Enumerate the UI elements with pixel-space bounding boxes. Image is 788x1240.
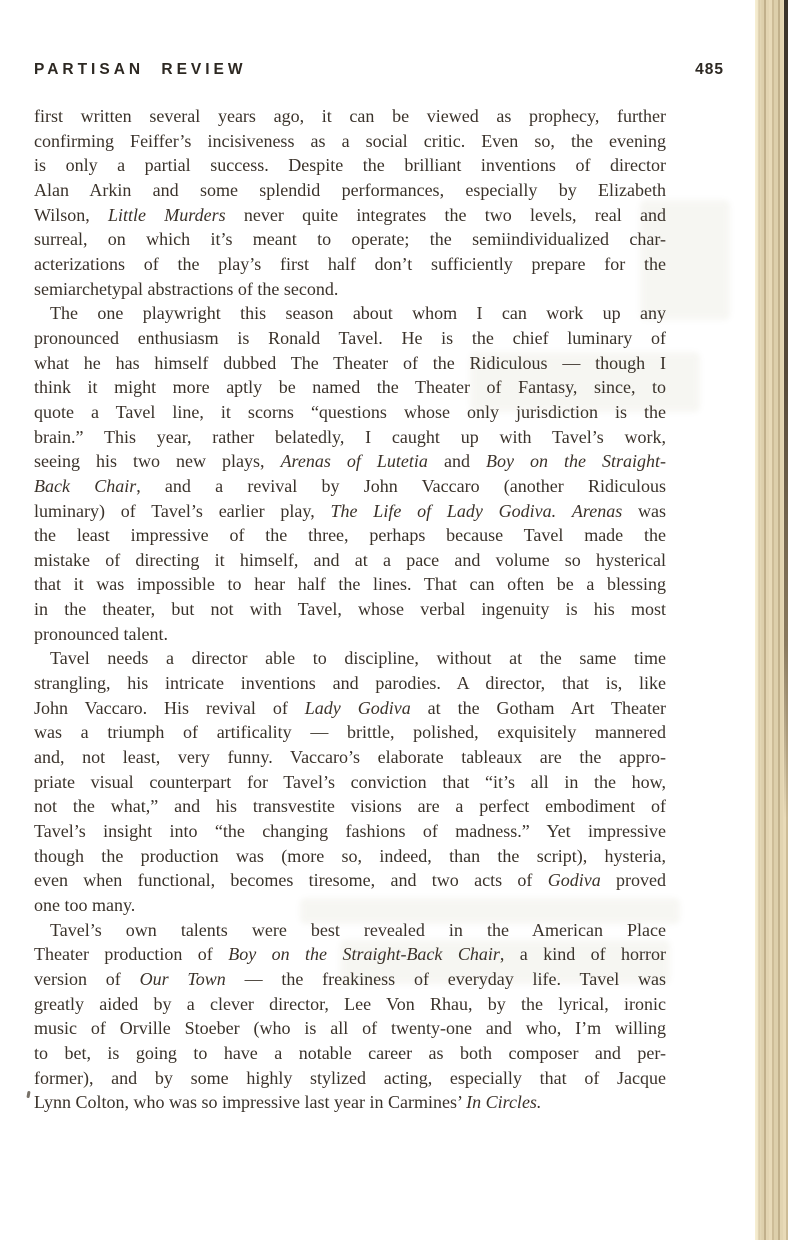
text-line: to bet, is going to have a notable caree… [34, 1041, 666, 1066]
text-line: brain.” This year, rather belatedly, I c… [34, 425, 666, 450]
text-segment: not the what,” and his transvestite visi… [34, 796, 666, 816]
text-segment: surreal, on which it’s meant to operate;… [34, 229, 666, 249]
text-line: seeing his two new plays, Arenas of Lute… [34, 449, 666, 474]
text-segment: acterizations of the play’s first half d… [34, 254, 666, 274]
text-segment: seeing his two new plays, [34, 451, 281, 471]
journal-title: PARTISAN REVIEW [34, 61, 247, 79]
italic-text: In Circles. [466, 1092, 541, 1112]
text-segment: pronounced talent. [34, 624, 168, 644]
text-line: acterizations of the play’s first half d… [34, 252, 666, 277]
italic-text: Arenas of Lutetia [281, 451, 428, 471]
text-segment: former), and by some highly stylized act… [34, 1068, 666, 1088]
text-segment: — the freakiness of everyday life. Tavel… [226, 969, 666, 989]
text-segment: was a triumph of artificality — brittle,… [34, 722, 666, 742]
text-line: quote a Tavel line, it scorns “questions… [34, 400, 666, 425]
italic-text: Arenas [572, 501, 622, 521]
italic-text: The Life of Lady Godiva. [331, 501, 557, 521]
text-segment: the least impressive of the three, perha… [34, 525, 666, 545]
italic-text: Little Murders [108, 205, 226, 225]
text-line: Alan Arkin and some splendid performance… [34, 178, 666, 203]
scanned-book-page: PARTISAN REVIEW 485 first written severa… [0, 0, 788, 1240]
text-segment: Alan Arkin and some splendid performance… [34, 180, 666, 200]
text-segment: and [428, 451, 486, 471]
text-line: is only a partial success. Despite the b… [34, 153, 666, 178]
paragraph: first written several years ago, it can … [34, 104, 666, 301]
paragraph: The one playwright this season about who… [34, 301, 666, 646]
text-line: what he has himself dubbed The Theater o… [34, 351, 666, 376]
text-line: priate visual counterpart for Tavel’s co… [34, 770, 666, 795]
text-line: The one playwright this season about who… [34, 301, 666, 326]
text-line: surreal, on which it’s meant to operate;… [34, 227, 666, 252]
text-segment: Tavel’s insight into “the changing fashi… [34, 821, 666, 841]
text-segment: , a kind of horror [500, 944, 666, 964]
text-segment: brain.” This year, rather belatedly, I c… [34, 427, 666, 447]
text-segment: strangling, his intricate inventions and… [34, 673, 666, 693]
text-segment: is only a partial success. Despite the b… [34, 155, 666, 175]
text-segment: first written several years ago, it can … [34, 106, 666, 126]
text-segment: semiarchetypal abstractions of the secon… [34, 279, 338, 299]
italic-text: Lady Godiva [305, 698, 411, 718]
text-segment: in the theater, but not with Tavel, whos… [34, 599, 666, 619]
text-line: Theater production of Boy on the Straigh… [34, 942, 666, 967]
text-segment: at the Gotham Art Theater [411, 698, 666, 718]
text-line: Wilson, Little Murders never quite integ… [34, 203, 666, 228]
text-line: strangling, his intricate inventions and… [34, 671, 666, 696]
italic-text: Back Chair [34, 476, 136, 496]
text-segment: Tavel’s own talents were best revealed i… [50, 920, 666, 940]
text-segment: to bet, is going to have a notable caree… [34, 1043, 666, 1063]
text-line: even when functional, becomes tiresome, … [34, 868, 666, 893]
text-segment: though the production was (more so, inde… [34, 846, 666, 866]
text-segment: luminary) of Tavel’s earlier play, [34, 501, 331, 521]
text-line: music of Orville Stoeber (who is all of … [34, 1016, 666, 1041]
text-line: version of Our Town — the freakiness of … [34, 967, 666, 992]
text-line: luminary) of Tavel’s earlier play, The L… [34, 499, 666, 524]
text-line: Tavel’s insight into “the changing fashi… [34, 819, 666, 844]
paragraph: Tavel’s own talents were best revealed i… [34, 918, 666, 1115]
text-line: Tavel needs a director able to disciplin… [34, 646, 666, 671]
text-segment: quote a Tavel line, it scorns “questions… [34, 402, 666, 422]
italic-text: Our Town [140, 969, 226, 989]
text-segment: that it was impossible to hear half the … [34, 574, 666, 594]
text-segment: , and a revival by John Vaccaro (another… [136, 476, 666, 496]
text-segment: The one playwright this season about who… [50, 303, 666, 323]
text-segment: Tavel needs a director able to disciplin… [50, 648, 666, 668]
text-line: greatly aided by a clever director, Lee … [34, 992, 666, 1017]
text-line: first written several years ago, it can … [34, 104, 666, 129]
italic-text: Boy on the Straight- [486, 451, 666, 471]
text-segment: proved [601, 870, 666, 890]
text-segment: version of [34, 969, 140, 989]
text-line: pronounced enthusiasm is Ronald Tavel. H… [34, 326, 666, 351]
text-segment: what he has himself dubbed The Theater o… [34, 353, 666, 373]
text-segment: even when functional, becomes tiresome, … [34, 870, 548, 890]
text-line: former), and by some highly stylized act… [34, 1066, 666, 1091]
text-line: think it might more aptly be named the T… [34, 375, 666, 400]
text-line: semiarchetypal abstractions of the secon… [34, 277, 666, 302]
text-line: the least impressive of the three, perha… [34, 523, 666, 548]
text-segment: was [622, 501, 666, 521]
text-segment: music of Orville Stoeber (who is all of … [34, 1018, 666, 1038]
page-edge-shadow [784, 0, 788, 1240]
text-line: Tavel’s own talents were best revealed i… [34, 918, 666, 943]
italic-text: Godiva [548, 870, 601, 890]
text-segment: think it might more aptly be named the T… [34, 377, 666, 397]
italic-text: Boy on the Straight-Back Chair [228, 944, 500, 964]
text-line: John Vaccaro. His revival of Lady Godiva… [34, 696, 666, 721]
page-number: 485 [695, 61, 724, 79]
ink-speck [26, 1091, 30, 1098]
text-line: and, not least, very funny. Vaccaro’s el… [34, 745, 666, 770]
text-line: not the what,” and his transvestite visi… [34, 794, 666, 819]
text-segment: pronounced enthusiasm is Ronald Tavel. H… [34, 328, 666, 348]
text-line: that it was impossible to hear half the … [34, 572, 666, 597]
text-segment: John Vaccaro. His revival of [34, 698, 305, 718]
text-line: in the theater, but not with Tavel, whos… [34, 597, 666, 622]
text-line: mistake of directing it himself, and at … [34, 548, 666, 573]
text-segment: priate visual counterpart for Tavel’s co… [34, 772, 666, 792]
text-segment: Lynn Colton, who was so impressive last … [34, 1092, 466, 1112]
text-segment: Wilson, [34, 205, 108, 225]
text-segment [556, 501, 572, 521]
text-line: Lynn Colton, who was so impressive last … [34, 1090, 666, 1115]
page-body: first written several years ago, it can … [34, 104, 666, 1115]
text-line: Back Chair, and a revival by John Vaccar… [34, 474, 666, 499]
text-segment: and, not least, very funny. Vaccaro’s el… [34, 747, 666, 767]
text-segment: never quite integrates the two levels, r… [226, 205, 666, 225]
paragraph: Tavel needs a director able to disciplin… [34, 646, 666, 917]
text-segment: greatly aided by a clever director, Lee … [34, 994, 666, 1014]
text-line: was a triumph of artificality — brittle,… [34, 720, 666, 745]
text-line: confirming Feiffer’s incisiveness as a s… [34, 129, 666, 154]
text-line: one too many. [34, 893, 666, 918]
text-line: though the production was (more so, inde… [34, 844, 666, 869]
text-segment: mistake of directing it himself, and at … [34, 550, 666, 570]
text-segment: confirming Feiffer’s incisiveness as a s… [34, 131, 666, 151]
text-line: pronounced talent. [34, 622, 666, 647]
running-header: PARTISAN REVIEW 485 [34, 61, 724, 79]
text-segment: Theater production of [34, 944, 228, 964]
text-segment: one too many. [34, 895, 135, 915]
